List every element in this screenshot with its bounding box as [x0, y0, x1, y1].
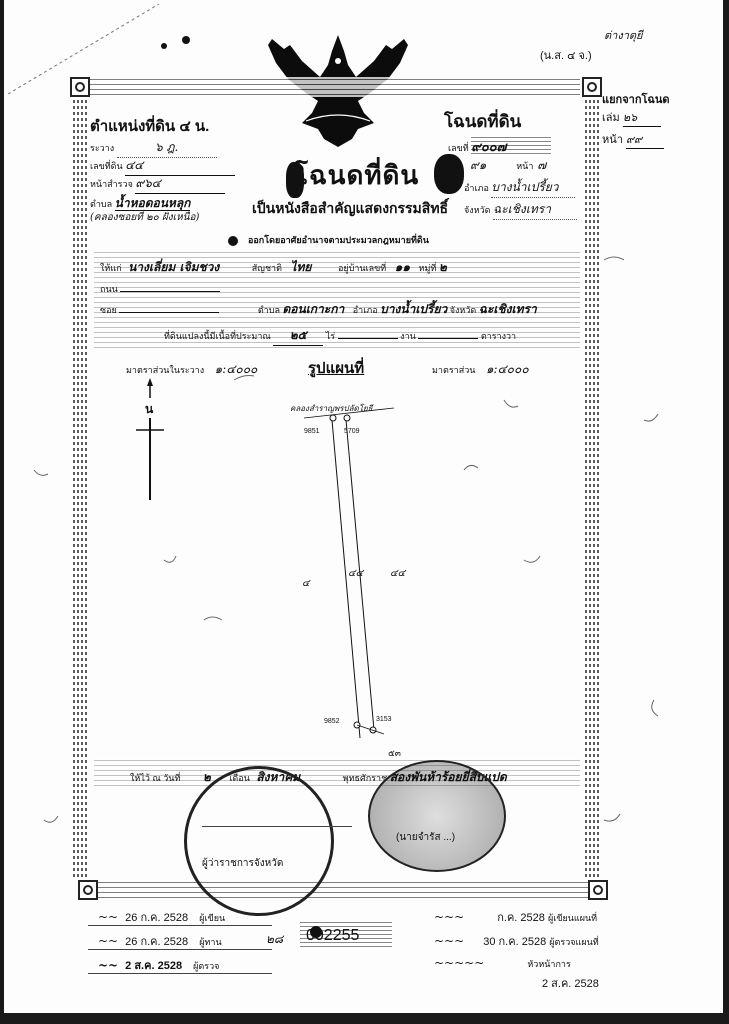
- deed-page: ต่างาตุยี (น.ส. ๔ จ.) แยกจากโฉนด เล่ม ๒๖…: [4, 0, 723, 1013]
- paper-specks: [4, 0, 723, 1013]
